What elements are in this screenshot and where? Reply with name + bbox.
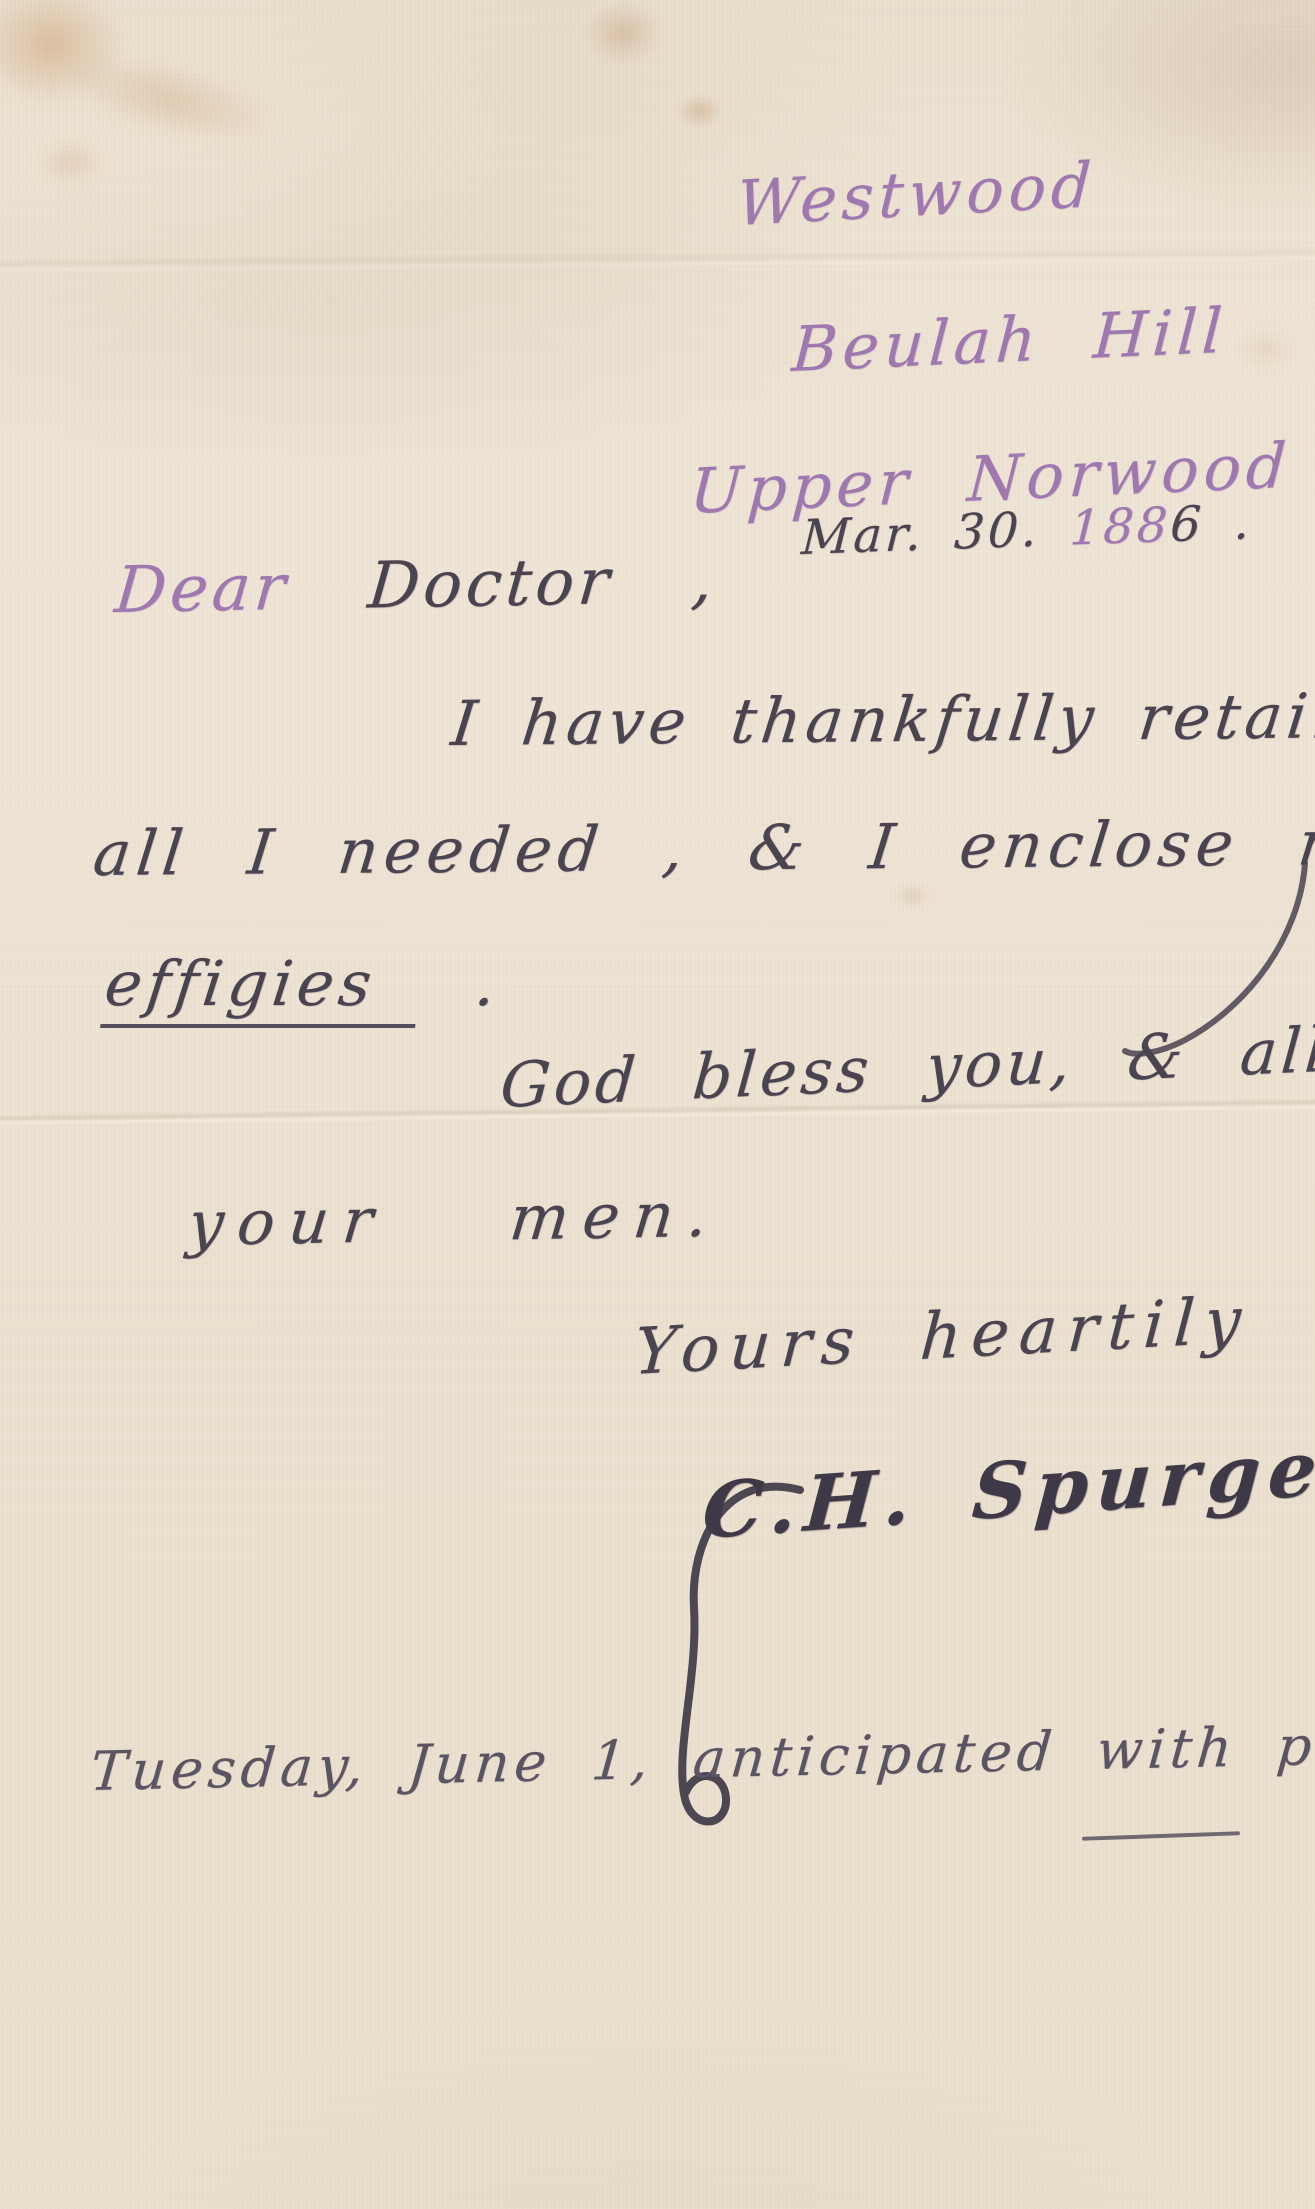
salutation-line: Dear Doctor ,	[112, 545, 720, 626]
valediction-line: Yours heartily	[632, 1285, 1253, 1388]
salutation-greeting: Dear	[112, 551, 292, 628]
salutation-addressee: Doctor	[365, 545, 616, 623]
paper-stain	[585, 2, 660, 64]
letter-page: Westwood Beulah Hill Upper Norwood Mar. …	[0, 0, 1315, 2209]
letterhead-line-1: Westwood	[735, 151, 1098, 238]
date-period: .	[1233, 494, 1254, 551]
paper-wrinkle	[0, 246, 1315, 274]
paper-stain	[1238, 330, 1293, 368]
salutation-comma: ,	[689, 543, 720, 618]
date-handwritten: Mar. 30.	[800, 502, 1041, 566]
body-line-2: all I needed , & I enclose my	[90, 808, 1315, 888]
underlined-word-period: .	[471, 947, 505, 1020]
paper-stain	[0, 0, 125, 105]
body-line-1: I have thankfully retained	[448, 681, 1315, 758]
paper-stain	[35, 140, 105, 185]
date-year-prefix: 188	[1068, 497, 1172, 557]
date-year-digit: 6	[1169, 496, 1205, 553]
body-line-4: God bless you, & all	[498, 1016, 1315, 1121]
postscript-underline	[1082, 1831, 1240, 1841]
body-line-5: your men.	[185, 1181, 725, 1259]
paper-stain	[678, 95, 722, 127]
postscript-line: Tuesday, June 1, anticipated with pleasu…	[88, 1711, 1315, 1801]
underlined-word: effigies	[100, 950, 425, 1028]
body-line-3: effigies.	[100, 950, 505, 1028]
letterhead-line-2: Beulah Hill	[790, 297, 1229, 384]
signature: C.H. Spurgeon	[700, 1417, 1315, 1553]
paper-stain	[893, 883, 931, 909]
paper-stain	[49, 35, 290, 163]
